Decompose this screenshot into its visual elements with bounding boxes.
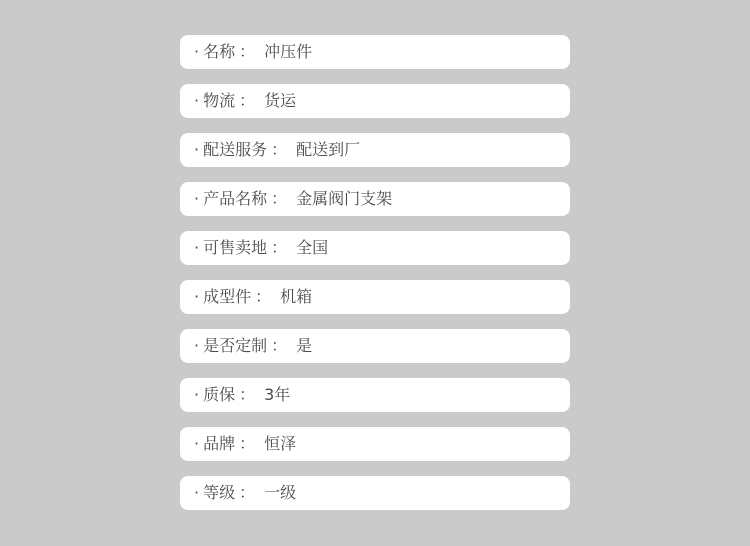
spec-value: 配送到厂 xyxy=(296,133,360,167)
colon-separator: ： xyxy=(271,231,287,265)
spec-row-name: · 名称 ： 冲压件 xyxy=(180,35,570,69)
spec-value: 全国 xyxy=(296,231,328,265)
colon-separator: ： xyxy=(239,84,255,118)
spec-label: 配送服务 xyxy=(203,133,267,167)
spec-row-logistics: · 物流 ： 货运 xyxy=(180,84,570,118)
spec-label: 名称 xyxy=(203,35,235,69)
spec-row-formed-part: · 成型件 ： 机箱 xyxy=(180,280,570,314)
spec-value: 3年 xyxy=(264,378,290,412)
colon-separator: ： xyxy=(255,280,271,314)
spec-value: 恒泽 xyxy=(264,427,296,461)
spec-value: 冲压件 xyxy=(264,35,312,69)
colon-separator: ： xyxy=(239,378,255,412)
bullet-icon: · xyxy=(194,427,199,461)
bullet-icon: · xyxy=(194,280,199,314)
spec-row-delivery-service: · 配送服务 ： 配送到厂 xyxy=(180,133,570,167)
spec-value: 机箱 xyxy=(280,280,312,314)
spec-label: 物流 xyxy=(203,84,235,118)
spec-value: 一级 xyxy=(264,476,296,510)
colon-separator: ： xyxy=(239,427,255,461)
bullet-icon: · xyxy=(194,182,199,216)
colon-separator: ： xyxy=(271,182,287,216)
spec-row-grade: · 等级 ： 一级 xyxy=(180,476,570,510)
spec-label: 可售卖地 xyxy=(203,231,267,265)
colon-separator: ： xyxy=(239,35,255,69)
spec-label: 产品名称 xyxy=(203,182,267,216)
spec-row-warranty: · 质保 ： 3年 xyxy=(180,378,570,412)
spec-value: 金属阀门支架 xyxy=(296,182,392,216)
bullet-icon: · xyxy=(194,329,199,363)
spec-row-sales-area: · 可售卖地 ： 全国 xyxy=(180,231,570,265)
spec-row-customizable: · 是否定制 ： 是 xyxy=(180,329,570,363)
bullet-icon: · xyxy=(194,133,199,167)
spec-row-brand: · 品牌 ： 恒泽 xyxy=(180,427,570,461)
spec-label: 是否定制 xyxy=(203,329,267,363)
bullet-icon: · xyxy=(194,476,199,510)
colon-separator: ： xyxy=(271,133,287,167)
colon-separator: ： xyxy=(239,476,255,510)
spec-row-product-name: · 产品名称 ： 金属阀门支架 xyxy=(180,182,570,216)
spec-label: 质保 xyxy=(203,378,235,412)
colon-separator: ： xyxy=(271,329,287,363)
product-spec-list: · 名称 ： 冲压件 · 物流 ： 货运 · 配送服务 ： 配送到厂 · 产品名… xyxy=(180,35,570,510)
bullet-icon: · xyxy=(194,378,199,412)
bullet-icon: · xyxy=(194,35,199,69)
spec-value: 货运 xyxy=(264,84,296,118)
spec-label: 品牌 xyxy=(203,427,235,461)
spec-label: 等级 xyxy=(203,476,235,510)
spec-label: 成型件 xyxy=(203,280,251,314)
bullet-icon: · xyxy=(194,84,199,118)
spec-value: 是 xyxy=(296,329,312,363)
bullet-icon: · xyxy=(194,231,199,265)
